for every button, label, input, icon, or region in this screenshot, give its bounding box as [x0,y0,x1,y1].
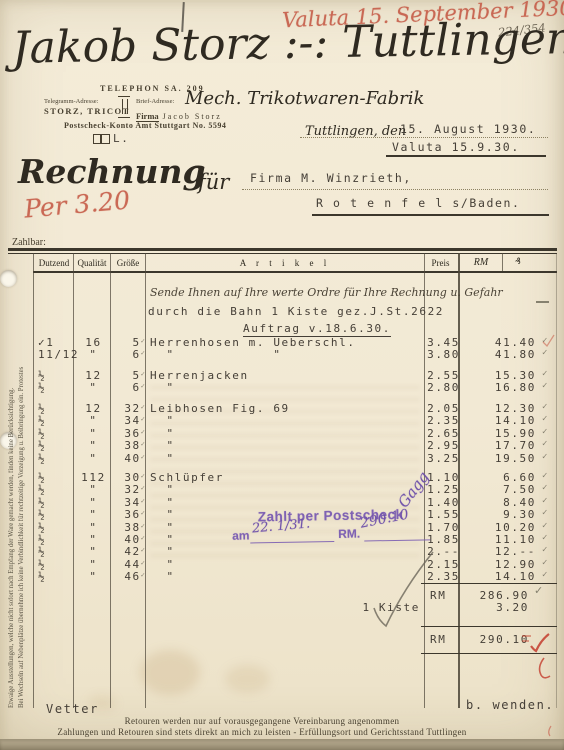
annotation-marks [0,0,564,750]
turn-page-note: b. wenden. [466,698,554,712]
footer-terms-line1: Retouren werden nur auf vorausgegangene … [0,716,544,726]
footer-terms-line2: Zahlungen und Retouren sind stets direkt… [0,727,544,737]
scan-edge [0,739,564,750]
invoice-document: Valuta 15. September 1930 224/354 Jakob … [0,0,564,750]
margin-note-line2: Bei Wechseln auf Nebenplätze übernehme i… [18,268,25,708]
clerk-signature: Vetter [46,702,99,716]
margin-note-line1: Etwaige Ausstellungen, welche nicht sofo… [8,268,15,708]
